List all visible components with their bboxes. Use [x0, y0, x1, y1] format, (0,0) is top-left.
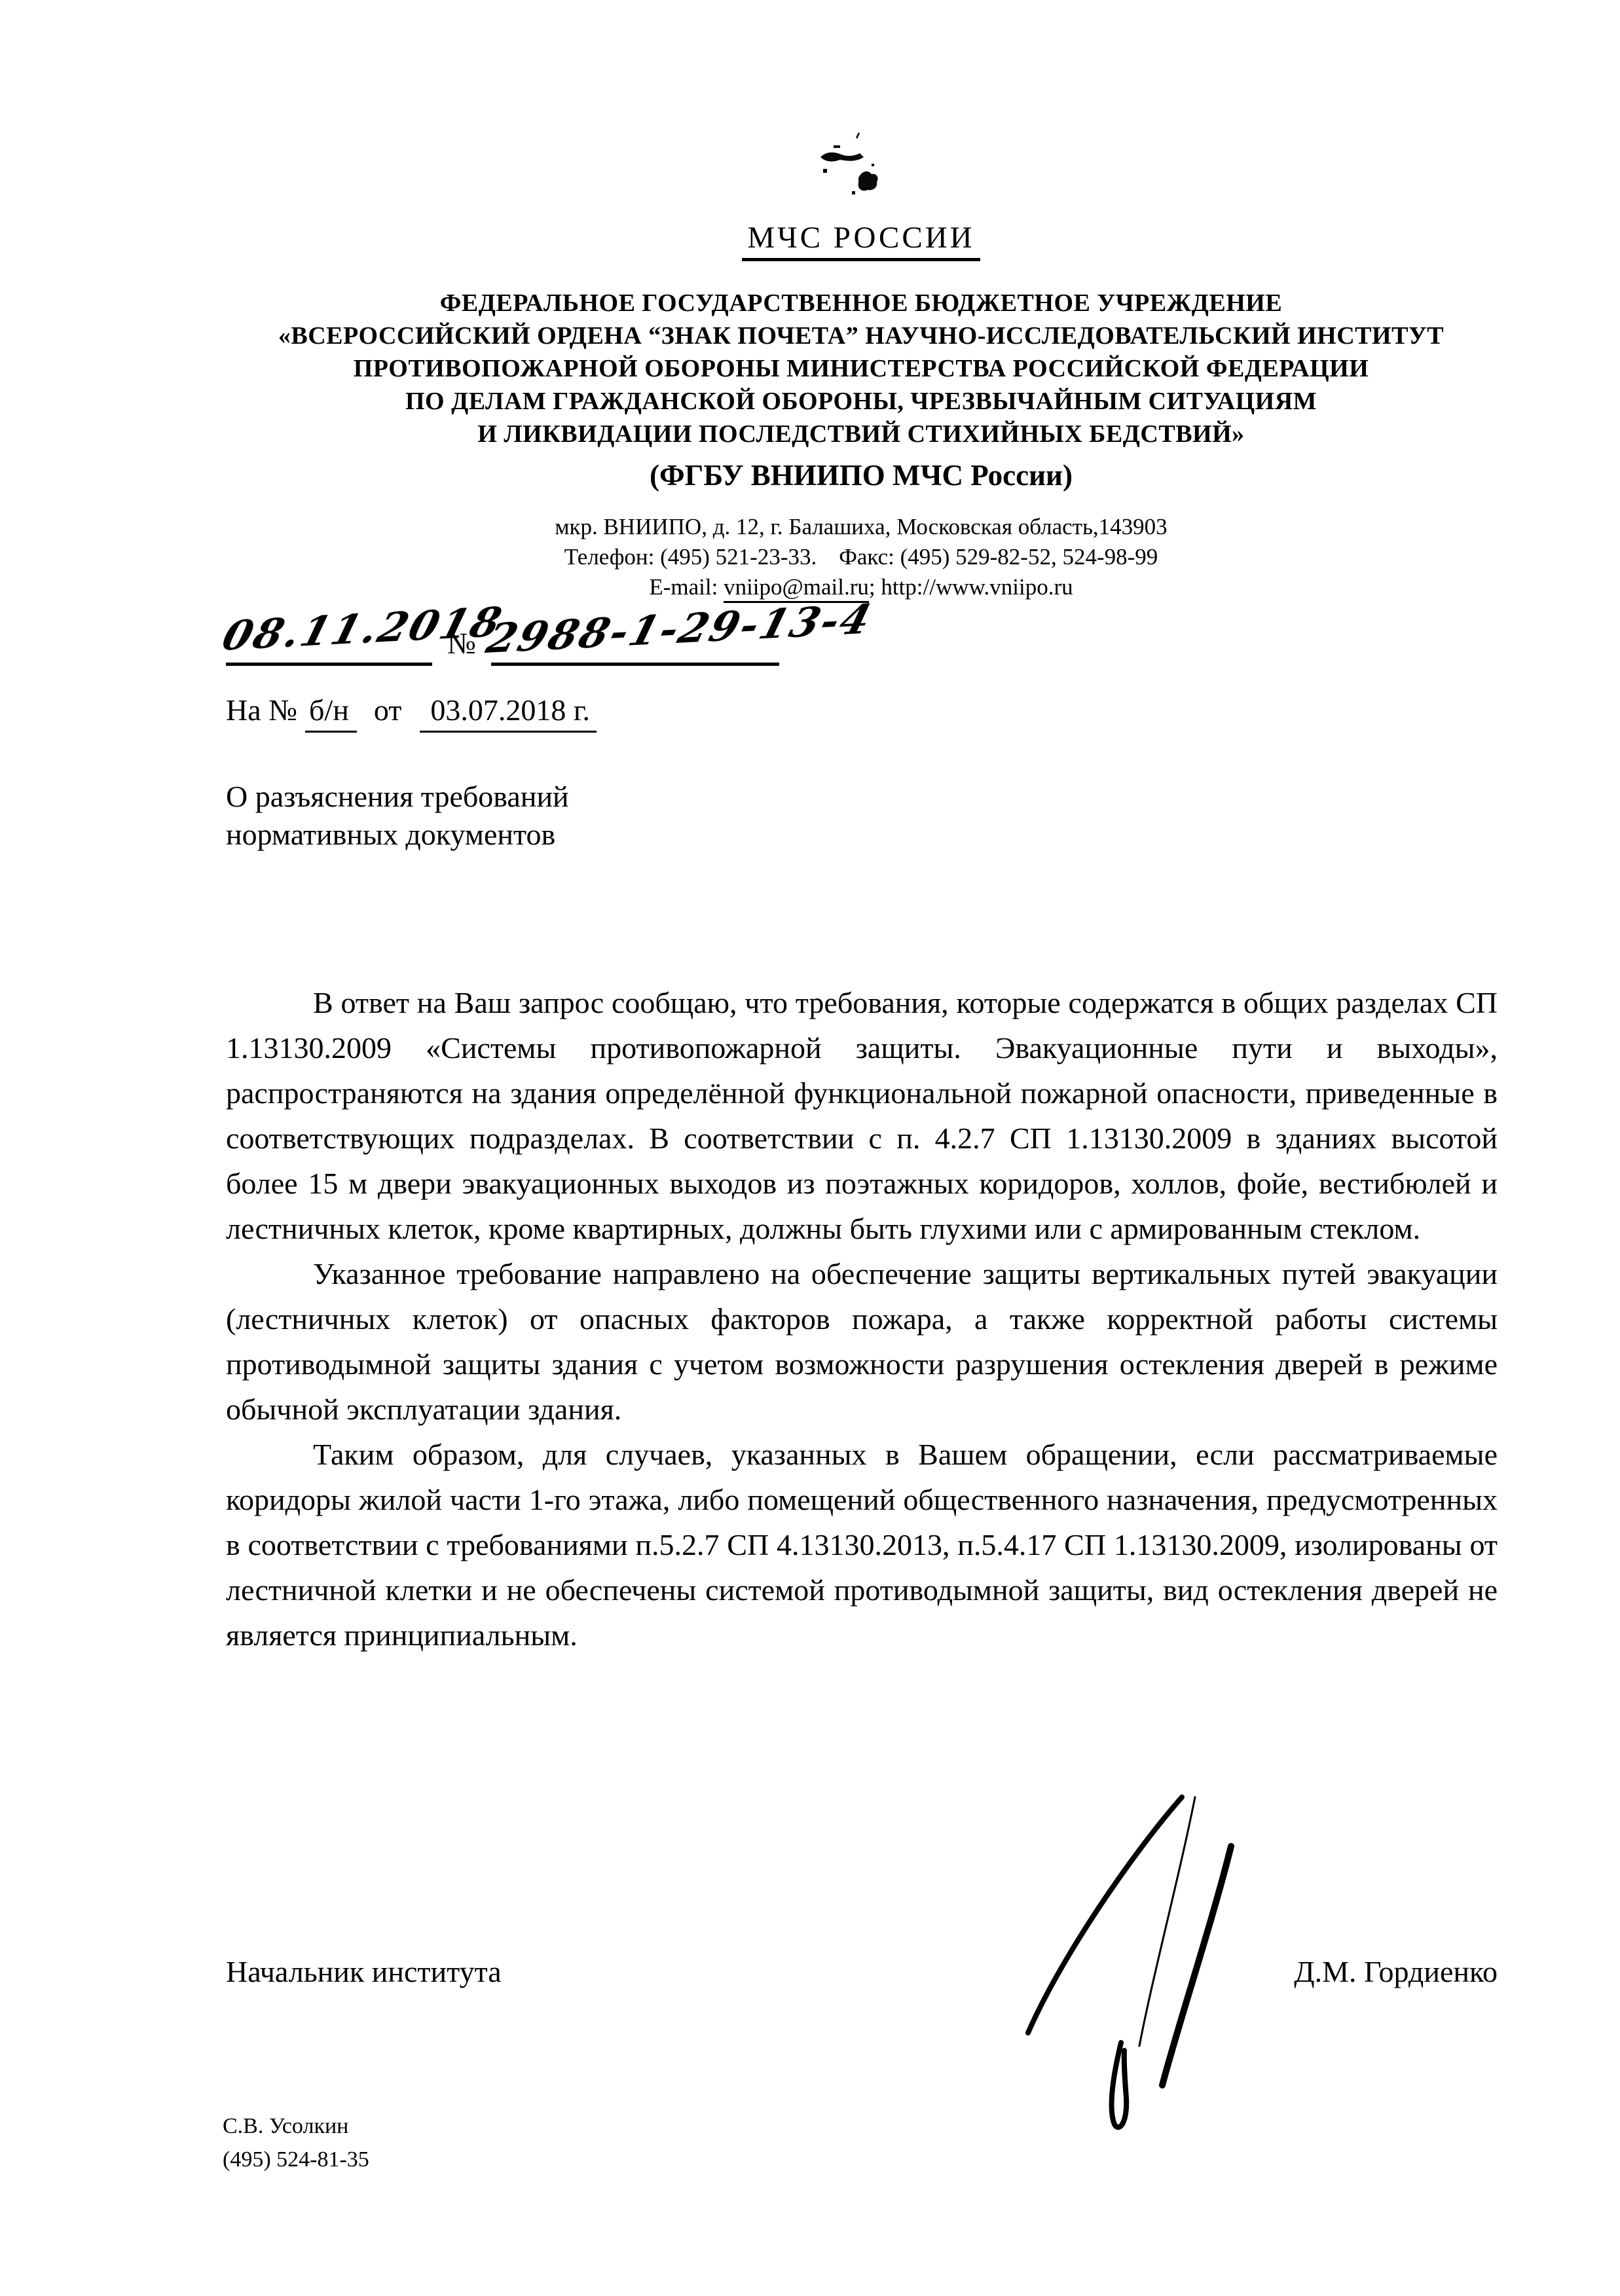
fax-value: Факс: (495) 529-82-52, 524-98-99 [839, 544, 1158, 570]
org-full-name: ФЕДЕРАЛЬНОЕ ГОСУДАРСТВЕННОЕ БЮДЖЕТНОЕ УЧ… [226, 287, 1496, 450]
website-url: ; http://www.vniipo.ru [869, 574, 1073, 600]
reply-number: б/н [305, 693, 357, 733]
org-short-name: (ФГБУ ВНИИПО МЧС России) [226, 458, 1496, 492]
signer-position: Начальник института [226, 1954, 502, 1989]
subject-line-2: нормативных документов [226, 816, 569, 854]
reply-from-word: от [374, 693, 402, 727]
letter-page: МЧС РОССИИ ФЕДЕРАЛЬНОЕ ГОСУДАРСТВЕННОЕ Б… [0, 0, 1620, 2296]
body-paragraph-1: В ответ на Ваш запрос сообщаю, что требо… [226, 980, 1498, 1251]
address-line: мкр. ВНИИПО, д. 12, г. Балашиха, Московс… [226, 512, 1496, 542]
contact-block: мкр. ВНИИПО, д. 12, г. Балашиха, Московс… [226, 512, 1496, 602]
email-label: E-mail: [649, 574, 718, 600]
letter-body: В ответ на Ваш запрос сообщаю, что требо… [226, 980, 1498, 1658]
subject-block: О разъяснения требований нормативных док… [226, 778, 569, 854]
phone-fax-line: Телефон: (495) 521-23-33.Факс: (495) 529… [226, 542, 1496, 572]
outgoing-date-field: 08.11.2018 [226, 605, 432, 666]
body-paragraph-3: Таким образом, для случаев, указанных в … [226, 1432, 1498, 1658]
handwritten-outgoing-number: 2988-1-29-13-4 [482, 595, 878, 663]
org-name-line: ПРОТИВОПОЖАРНОЙ ОБОРОНЫ МИНИСТЕРСТВА РОС… [226, 352, 1496, 385]
executor-block: С.В. Усолкин (495) 524-81-35 [223, 2109, 369, 2176]
signer-name: Д.М. Гордиенко [1294, 1954, 1498, 1989]
signature-row: Начальник института Д.М. Гордиенко [226, 1954, 1498, 1989]
scan-smudge-artifact [815, 131, 894, 203]
ministry-title: МЧС РОССИИ [226, 220, 1496, 255]
org-name-line: ФЕДЕРАЛЬНОЕ ГОСУДАРСТВЕННОЕ БЮДЖЕТНОЕ УЧ… [226, 287, 1496, 319]
phone-value: Телефон: (495) 521-23-33. [564, 544, 817, 570]
reply-prefix: На № [226, 693, 297, 727]
outgoing-reference-line: 08.11.2018 № 2988-1-29-13-4 [226, 608, 1496, 673]
body-paragraph-2: Указанное требование направлено на обесп… [226, 1251, 1498, 1432]
org-name-line: «ВСЕРОССИЙСКИЙ ОРДЕНА “ЗНАК ПОЧЕТА” НАУЧ… [226, 319, 1496, 352]
executor-phone: (495) 524-81-35 [223, 2143, 369, 2176]
executor-name: С.В. Усолкин [223, 2109, 369, 2143]
ministry-title-text: МЧС РОССИИ [742, 221, 980, 261]
org-name-line: ПО ДЕЛАМ ГРАЖДАНСКОЙ ОБОРОНЫ, ЧРЕЗВЫЧАЙН… [226, 385, 1496, 418]
org-name-line: И ЛИКВИДАЦИИ ПОСЛЕДСТВИЙ СТИХИЙНЫХ БЕДСТ… [226, 418, 1496, 450]
reply-date: 03.07.2018 г. [420, 693, 597, 733]
outgoing-number-field: 2988-1-29-13-4 [491, 605, 779, 666]
subject-line-1: О разъяснения требований [226, 778, 569, 816]
reply-reference-line: На №б/нот03.07.2018 г. [226, 693, 597, 727]
number-sign: № [447, 626, 476, 661]
